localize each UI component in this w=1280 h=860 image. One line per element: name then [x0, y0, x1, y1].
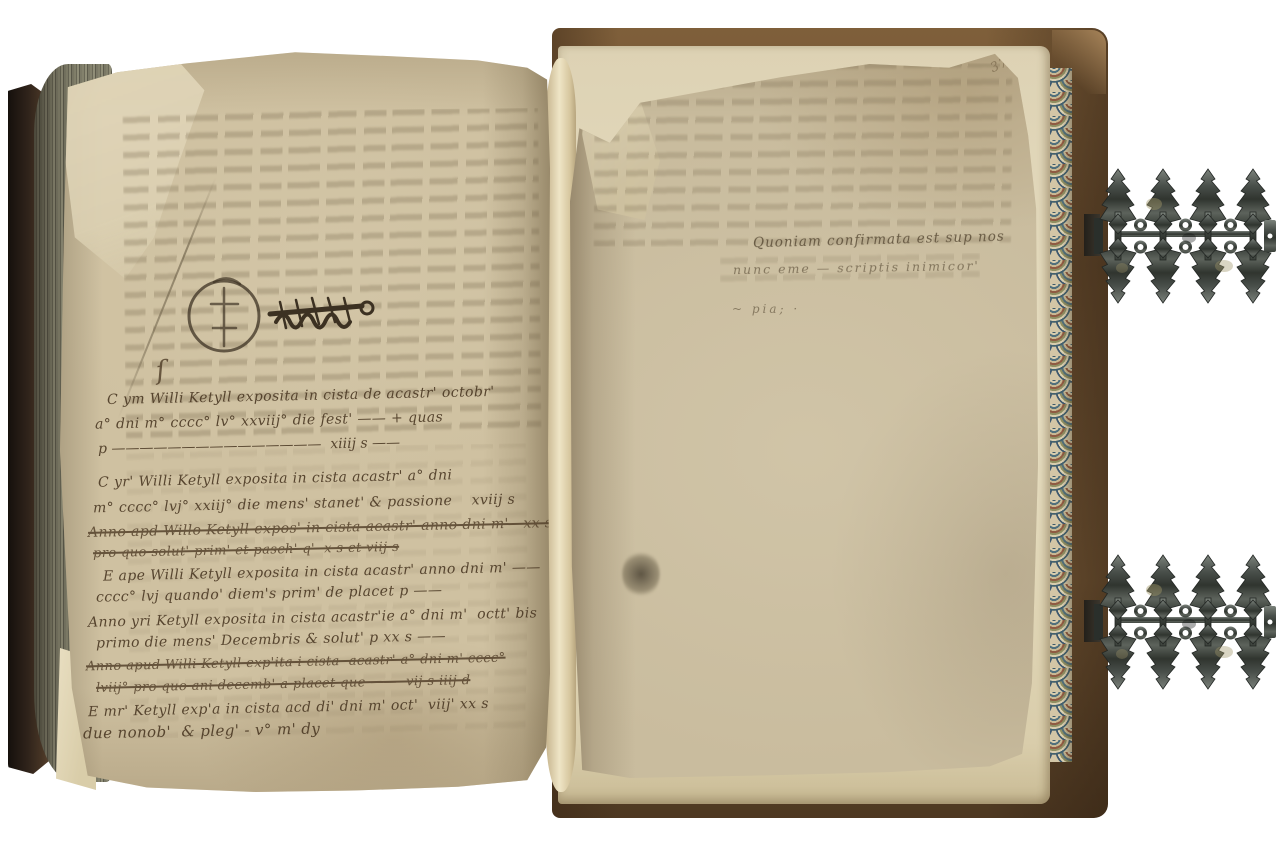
right-parchment-page: 379 Quoniam confirmata est sup nos nunc …: [570, 48, 1038, 778]
left-parchment-page: ſ C ym Willi Ketyll exposita in cista de…: [58, 50, 552, 792]
manuscript-photo: 379 Quoniam confirmata est sup nos nunc …: [0, 0, 1280, 860]
small-pen-mark: ~ pia; ·: [732, 302, 800, 316]
mold-stain: [622, 550, 660, 598]
strikeout-scribble: [270, 298, 373, 328]
metal-clasp-top: [1094, 168, 1276, 304]
ledger-entry-line: due nonob' & pleg' - v° m' dy: [83, 720, 321, 743]
circled-monogram-doodle: [184, 270, 414, 362]
metal-clasp-bottom: [1094, 554, 1276, 690]
